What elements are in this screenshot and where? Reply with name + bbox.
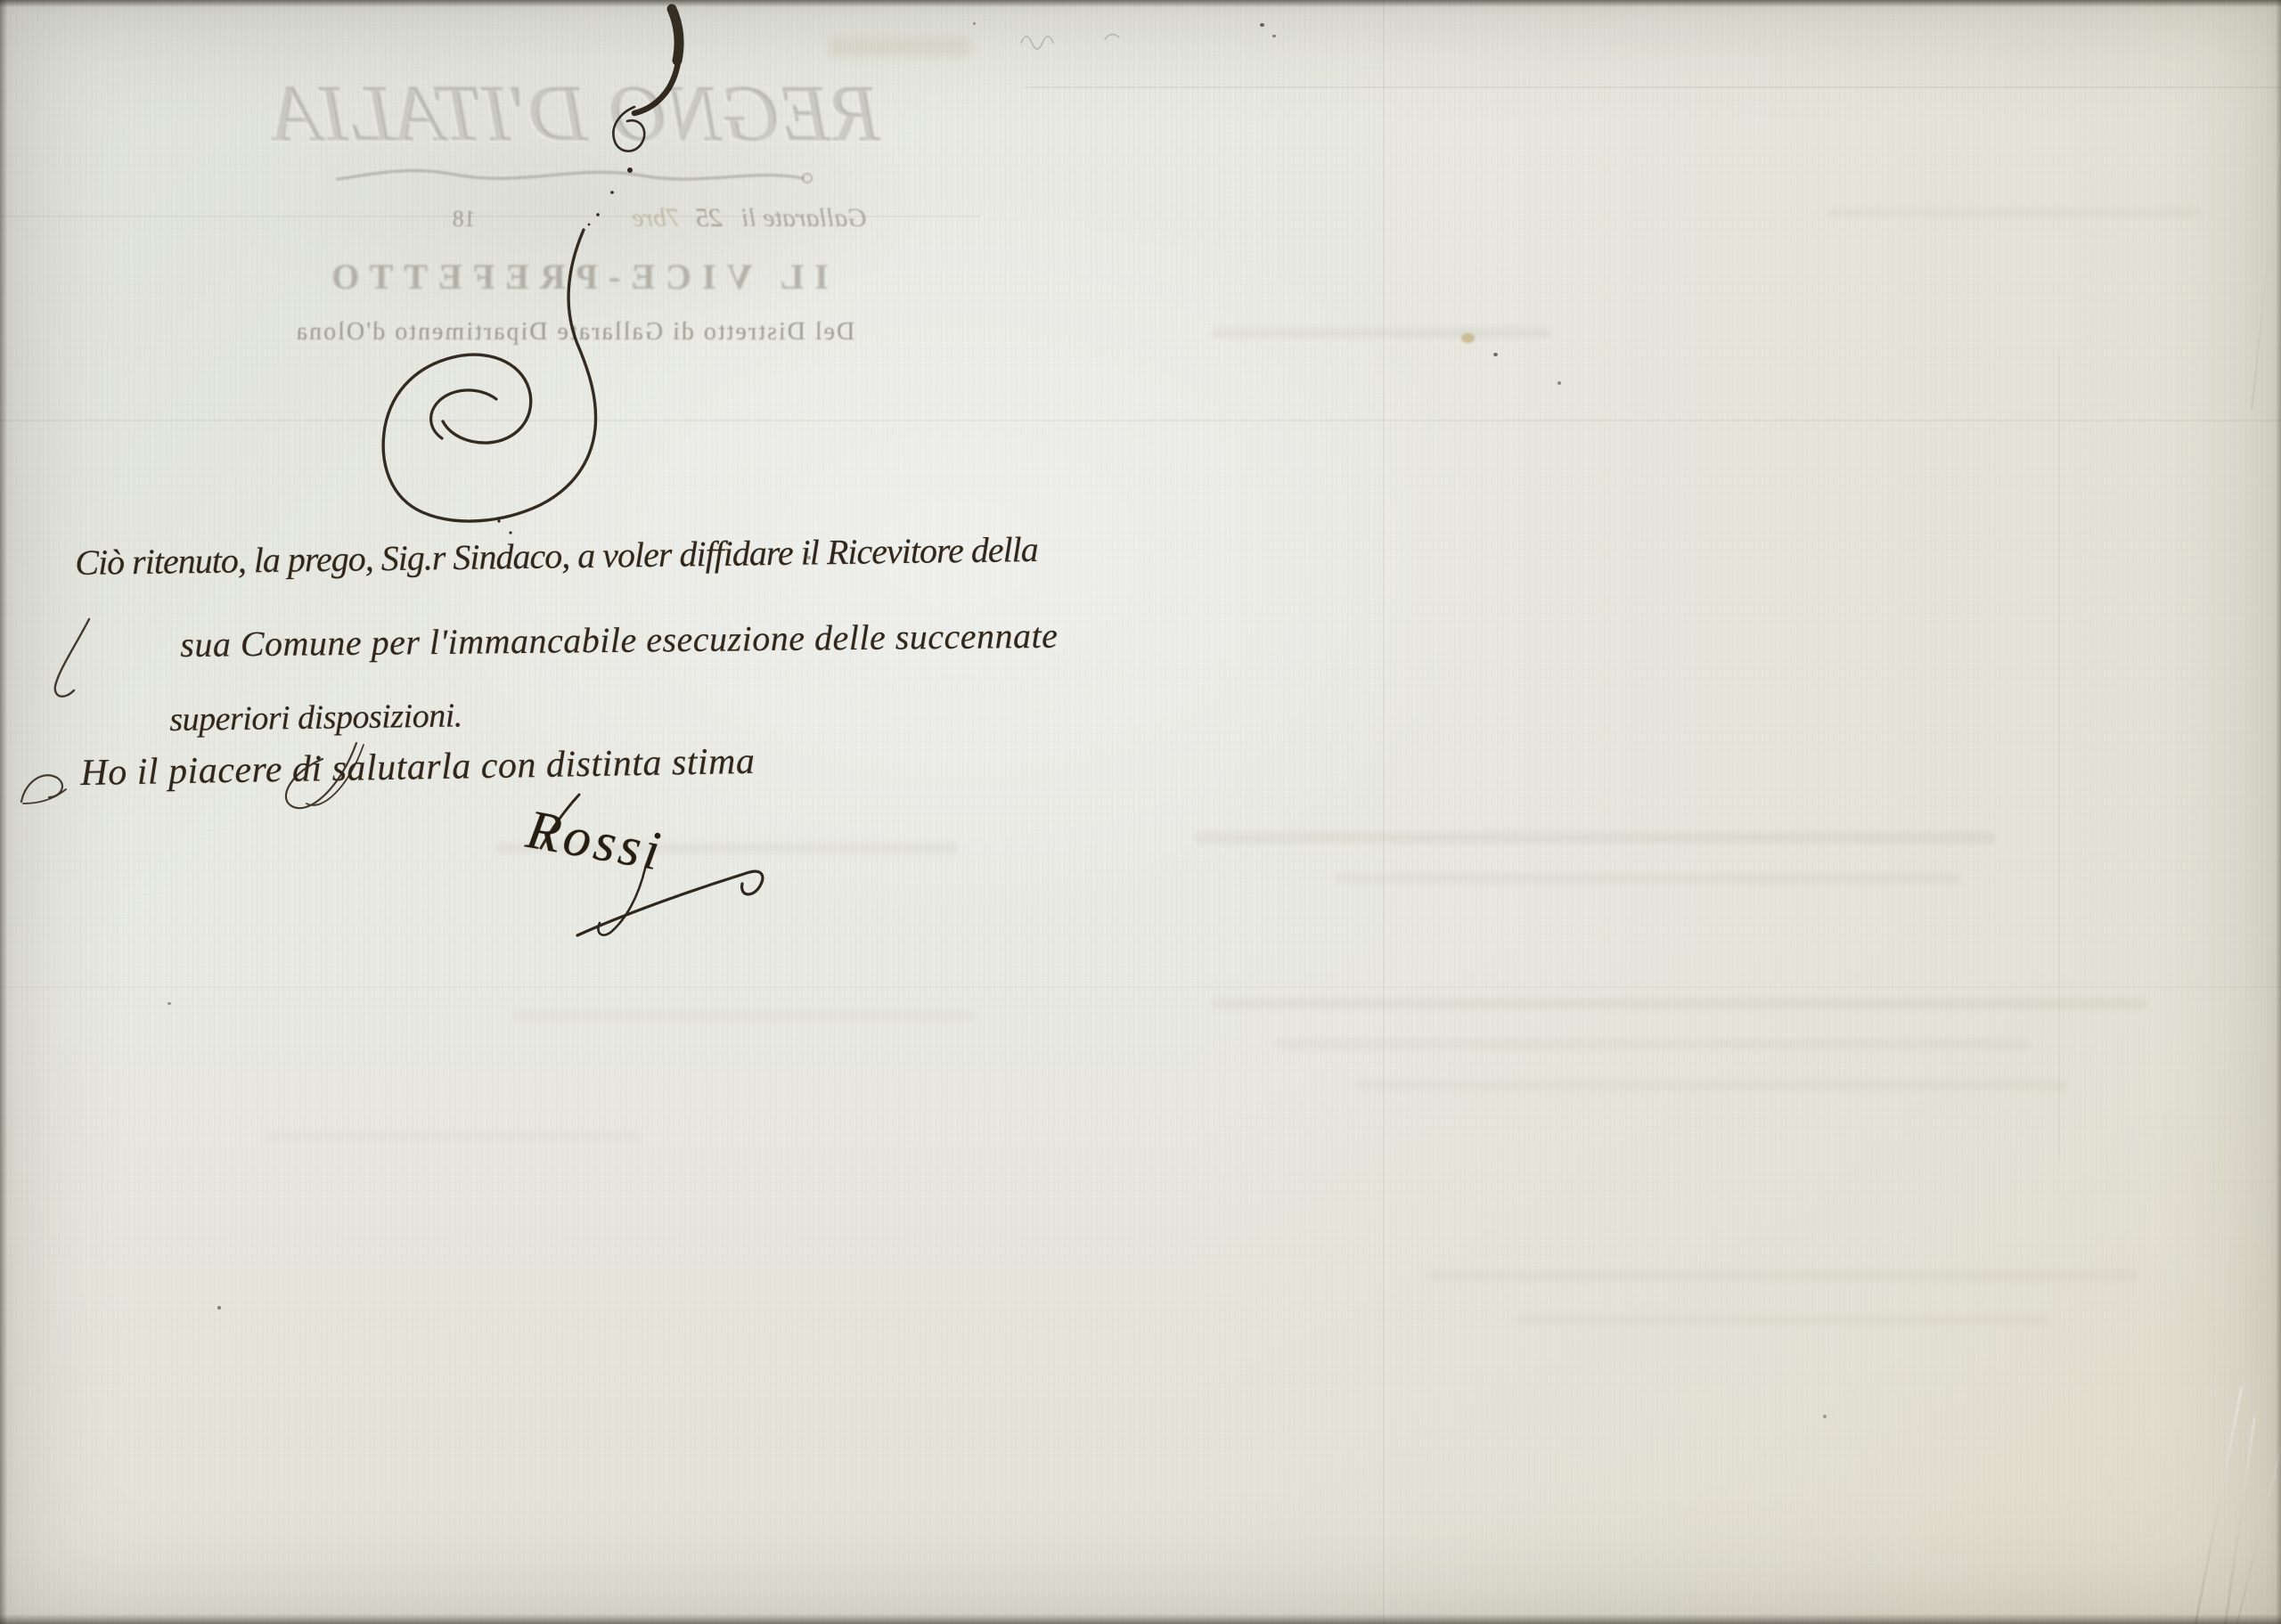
- center-fold: [1383, 0, 1385, 1624]
- showthrough-streak: [512, 1010, 976, 1021]
- letterhead-office-subtitle: Del Distretto di Gallarate Dipartimento …: [218, 318, 931, 347]
- corner-crease: [2236, 1446, 2281, 1624]
- showthrough-letterhead: REGNO D'ITALIA Gallarate li 25 7bre 18 I…: [218, 76, 931, 370]
- showthrough-streak: [1274, 1039, 2032, 1049]
- letterhead-month: 7bre: [632, 203, 680, 233]
- showthrough-streak: [1337, 873, 1960, 884]
- ink-speck: [973, 22, 976, 25]
- faint-stain: [829, 37, 971, 57]
- laid-paper-texture: [0, 0, 2281, 1624]
- paper-tone-shading: [0, 0, 2281, 1624]
- ink-speck: [1260, 23, 1264, 27]
- showthrough-streak: [1354, 1080, 2067, 1090]
- letterhead-date-line: Gallarate li 25 7bre 18: [218, 203, 931, 233]
- body-line-1: Ciò ritenuto, la prego, Sig.r Sindaco, a…: [75, 528, 1038, 583]
- horizontal-crease: [0, 420, 2281, 421]
- letterhead-day: 25: [696, 203, 723, 233]
- corner-crease: [2251, 143, 2280, 410]
- center-fold-highlight: [1385, 0, 1386, 1624]
- letter-photograph: REGNO D'ITALIA Gallarate li 25 7bre 18 I…: [0, 0, 2281, 1624]
- showthrough-streak: [1194, 832, 1996, 844]
- showthrough-streak: [1212, 328, 1550, 338]
- signature-rossi: Rossi: [522, 798, 668, 885]
- letterhead-kingdom-title: REGNO D'ITALIA: [218, 69, 931, 160]
- showthrough-streak: [267, 1131, 642, 1141]
- showthrough-streak: [1426, 1270, 2138, 1281]
- horizontal-crease: [0, 986, 2281, 988]
- ink-flourishes: [0, 0, 2281, 1624]
- showthrough-streak: [1212, 998, 2147, 1009]
- vertical-crease: [2058, 356, 2060, 1158]
- paper-edge-left: [0, 0, 7, 1624]
- letterhead-swash-rule: [334, 165, 815, 192]
- body-line-2: sua Comune per l'immancabile esecuzione …: [180, 615, 1059, 665]
- showthrough-streak: [1827, 208, 2201, 217]
- ink-speck: [1823, 1415, 1827, 1418]
- ink-speck: [168, 1002, 171, 1005]
- ink-speck: [1272, 35, 1276, 37]
- paper-edge-right: [2276, 0, 2281, 1624]
- paper-edge-top: [0, 0, 2281, 7]
- corner-crease: [2223, 1417, 2255, 1624]
- horizontal-crease: [1025, 86, 2281, 88]
- paper-stain: [1461, 333, 1475, 343]
- letterhead-place: Gallarate li: [741, 203, 867, 233]
- photo-vignette: [0, 0, 2281, 1624]
- letterhead-year-prefix: 18: [453, 206, 476, 232]
- corner-crease: [2194, 1387, 2243, 1624]
- closing-line: Ho il piacere di salutarla con distinta …: [80, 740, 756, 795]
- ink-speck: [1493, 353, 1498, 356]
- showthrough-streak: [1515, 1315, 2049, 1325]
- ink-speck: [1557, 381, 1561, 385]
- paper-edge-bottom: [0, 1614, 2281, 1624]
- ink-speck: [217, 1306, 221, 1310]
- body-line-3: superiori disposizioni.: [169, 696, 462, 739]
- horizontal-crease: [0, 216, 980, 217]
- letterhead-office-title: IL VICE-PREFETTO: [218, 256, 931, 298]
